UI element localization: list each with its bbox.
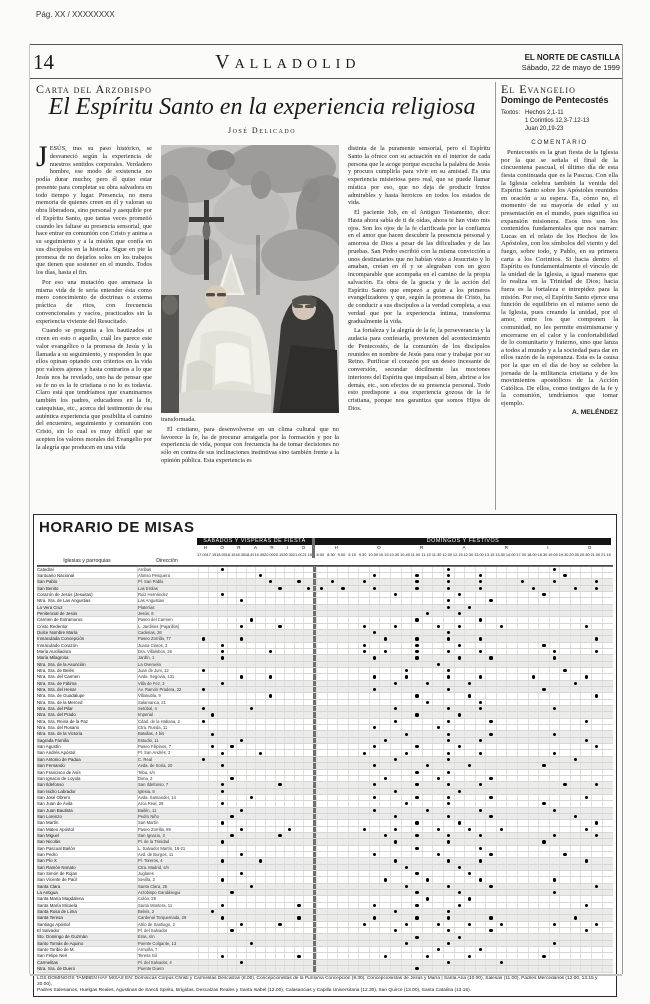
mass-cell	[294, 934, 304, 939]
mass-cell	[485, 712, 496, 717]
mass-cell	[454, 712, 465, 717]
mass-dot	[447, 606, 450, 609]
mass-cell	[284, 877, 294, 882]
mass-cell	[422, 586, 433, 591]
mass-cell	[411, 630, 422, 635]
sat-cells	[198, 789, 313, 794]
mass-cell	[591, 624, 602, 629]
article-paragraph: Por eso una mutación que amenaza la mism…	[36, 279, 152, 326]
mass-cell	[236, 808, 246, 813]
mass-dot	[405, 923, 408, 926]
mass-dot	[574, 815, 577, 818]
sat-cells	[198, 611, 313, 616]
mass-cell	[401, 681, 412, 686]
mass-cell	[217, 808, 227, 813]
mass-cell	[337, 681, 348, 686]
church-name: San Ildefonso	[37, 782, 137, 787]
mass-cell	[208, 636, 218, 641]
mass-cell	[348, 630, 359, 635]
mass-cell	[454, 630, 465, 635]
mass-cell	[506, 947, 517, 952]
mass-cell	[538, 839, 549, 844]
mass-cell	[227, 719, 237, 724]
mass-cell	[369, 909, 380, 914]
mass-cell	[379, 655, 390, 660]
mass-cell	[580, 649, 591, 654]
sun-cells	[316, 966, 612, 971]
time-column-label: 18.45	[245, 551, 255, 558]
mass-cell	[401, 567, 412, 572]
mass-cell	[432, 598, 443, 603]
mass-cell	[549, 674, 560, 679]
mass-dot	[415, 771, 418, 774]
mass-cell	[316, 871, 327, 876]
mass-cell	[517, 871, 528, 876]
mass-dot	[384, 834, 387, 837]
mass-dot	[479, 948, 482, 951]
mass-cell	[432, 586, 443, 591]
mass-cell	[591, 617, 602, 622]
mass-cell	[443, 662, 454, 667]
mass-cell	[591, 681, 602, 686]
mass-cell	[337, 814, 348, 819]
mass-cell	[454, 871, 465, 876]
mass-cell	[198, 808, 208, 813]
mass-cell	[422, 573, 433, 578]
mass-cell	[496, 624, 507, 629]
mass-cell	[369, 852, 380, 857]
mass-cell	[255, 592, 265, 597]
mass-cell	[559, 636, 570, 641]
mass-cell	[217, 801, 227, 806]
mass-cell	[602, 782, 613, 787]
mass-dot	[595, 694, 598, 697]
mass-cell	[208, 953, 218, 958]
mass-cell	[217, 782, 227, 787]
mass-cell	[284, 719, 294, 724]
mass-cell	[591, 649, 602, 654]
mass-cell	[303, 871, 313, 876]
mass-cell	[327, 814, 338, 819]
mass-cell	[485, 839, 496, 844]
mass-cell	[538, 687, 549, 692]
mass-cell	[337, 662, 348, 667]
mass-cell	[580, 573, 591, 578]
mass-dot	[542, 593, 545, 596]
mass-cell	[358, 782, 369, 787]
mass-cell	[337, 712, 348, 717]
mass-cell	[327, 808, 338, 813]
mass-dot	[363, 752, 366, 755]
mass-cell	[549, 909, 560, 914]
mass-cell	[432, 852, 443, 857]
mass-cell	[198, 586, 208, 591]
mass-cell	[316, 782, 327, 787]
mass-cell	[337, 598, 348, 603]
mass-cell	[401, 598, 412, 603]
mass-dot	[221, 821, 224, 824]
mass-cell	[390, 890, 401, 895]
mass-cell	[528, 636, 539, 641]
mass-cell	[538, 719, 549, 724]
mass-cell	[255, 966, 265, 971]
mass-cell	[316, 630, 327, 635]
mass-cell	[275, 693, 285, 698]
mass-cell	[227, 801, 237, 806]
mass-cell	[227, 896, 237, 901]
mass-dot	[394, 859, 397, 862]
mass-cell	[475, 757, 486, 762]
mass-cell	[549, 725, 560, 730]
mass-cell	[348, 763, 359, 768]
mass-cell	[198, 877, 208, 882]
mass-cell	[255, 750, 265, 755]
mass-cell	[432, 909, 443, 914]
mass-dot	[230, 834, 233, 837]
sat-cells	[198, 858, 313, 863]
mass-cell	[411, 776, 422, 781]
mass-cell	[316, 687, 327, 692]
mass-cell	[517, 846, 528, 851]
mass-cell	[327, 624, 338, 629]
sun-cells	[316, 795, 612, 800]
mass-cell	[316, 636, 327, 641]
mass-cell	[559, 928, 570, 933]
mass-cell	[358, 776, 369, 781]
sat-cells	[198, 808, 313, 813]
mass-cell	[208, 966, 218, 971]
mass-cell	[275, 852, 285, 857]
mass-cell	[443, 808, 454, 813]
mass-cell	[255, 731, 265, 736]
mass-cell	[591, 706, 602, 711]
mass-cell	[496, 966, 507, 971]
mass-dot	[202, 669, 205, 672]
mass-cell	[506, 858, 517, 863]
mass-cell	[591, 839, 602, 844]
mass-cell	[591, 960, 602, 965]
mass-cell	[570, 725, 581, 730]
church-address: Santa Clara, 26	[137, 884, 198, 889]
mass-cell	[401, 592, 412, 597]
time-column-label: 20.00	[569, 551, 580, 558]
mass-cell	[265, 567, 275, 572]
mass-cell	[348, 846, 359, 851]
mass-cell	[464, 871, 475, 876]
sat-cells	[198, 852, 313, 857]
time-column-label: 13.15	[484, 551, 495, 558]
mass-cell	[528, 884, 539, 889]
mass-cell	[411, 852, 422, 857]
sun-cells	[316, 928, 612, 933]
mass-dot	[553, 809, 556, 812]
mass-cell	[454, 877, 465, 882]
mass-cell	[316, 801, 327, 806]
mass-cell	[559, 915, 570, 920]
mass-dot	[553, 834, 556, 837]
mass-cell	[379, 636, 390, 641]
sun-cells	[316, 636, 612, 641]
mass-cell	[549, 890, 560, 895]
mass-cell	[570, 795, 581, 800]
mass-cell	[379, 960, 390, 965]
mass-dot	[447, 783, 450, 786]
mass-dot	[394, 910, 397, 913]
mass-cell	[475, 928, 486, 933]
mass-dot	[595, 745, 598, 748]
mass-cell	[379, 909, 390, 914]
mass-cell	[559, 789, 570, 794]
mass-cell	[265, 738, 275, 743]
mass-cell	[602, 605, 613, 610]
mass-cell	[217, 896, 227, 901]
mass-cell	[358, 871, 369, 876]
mass-cell	[208, 706, 218, 711]
mass-cell	[316, 719, 327, 724]
sat-cells	[198, 896, 313, 901]
mass-cell	[327, 827, 338, 832]
mass-cell	[602, 814, 613, 819]
mass-cell	[432, 915, 443, 920]
mass-cell	[422, 731, 433, 736]
mass-cell	[528, 966, 539, 971]
mass-cell	[559, 782, 570, 787]
mass-cell	[284, 674, 294, 679]
church-address: Alonso Pesquera	[137, 573, 198, 578]
mass-dot	[297, 580, 300, 583]
mass-cell	[401, 725, 412, 730]
mass-cell	[570, 903, 581, 908]
mass-cell	[528, 909, 539, 914]
mass-cell	[390, 770, 401, 775]
mass-cell	[390, 934, 401, 939]
mass-cell	[411, 611, 422, 616]
mass-cell	[369, 624, 380, 629]
mass-cell	[227, 706, 237, 711]
mass-cell	[284, 579, 294, 584]
mass-cell	[246, 960, 256, 965]
mass-cell	[570, 839, 581, 844]
mass-cell	[379, 770, 390, 775]
mass-cell	[496, 865, 507, 870]
mass-cell	[422, 877, 433, 882]
mass-cell	[443, 655, 454, 660]
sun-cells	[316, 782, 612, 787]
time-column-label: 11.00	[410, 551, 421, 558]
mass-cell	[517, 808, 528, 813]
mass-cell	[275, 617, 285, 622]
mass-cell	[570, 953, 581, 958]
mass-dot	[447, 942, 450, 945]
sun-cells	[316, 890, 612, 895]
mass-cell	[570, 820, 581, 825]
mass-cell	[506, 966, 517, 971]
mass-cell	[327, 909, 338, 914]
mass-cell	[303, 630, 313, 635]
mass-cell	[369, 871, 380, 876]
mass-cell	[538, 903, 549, 908]
mass-cell	[358, 846, 369, 851]
mass-cell	[475, 782, 486, 787]
mass-cell	[265, 839, 275, 844]
mass-cell	[284, 750, 294, 755]
mass-dot	[479, 878, 482, 881]
mass-dot	[479, 847, 482, 850]
mass-cell	[379, 567, 390, 572]
mass-cell	[294, 915, 304, 920]
church-address: San Martín	[137, 820, 198, 825]
mass-cell	[485, 858, 496, 863]
mass-cell	[422, 763, 433, 768]
mass-cell	[284, 567, 294, 572]
mass-cell	[358, 586, 369, 591]
mass-cell	[464, 852, 475, 857]
mass-cell	[559, 852, 570, 857]
mass-dot	[542, 802, 545, 805]
mass-cell	[559, 617, 570, 622]
mass-cell	[236, 941, 246, 946]
mass-cell	[570, 922, 581, 927]
mass-cell	[591, 579, 602, 584]
mass-dot	[458, 644, 461, 647]
mass-cell	[265, 966, 275, 971]
mass-cell	[570, 884, 581, 889]
mass-cell	[517, 896, 528, 901]
sunday-times: 8.008.309.009.159.3010.0010.1510.3010.45…	[315, 551, 611, 558]
sun-cells	[316, 934, 612, 939]
mass-dot	[211, 745, 214, 748]
mass-cell	[348, 567, 359, 572]
mass-cell	[549, 750, 560, 755]
mass-cell	[401, 611, 412, 616]
mass-cell	[369, 592, 380, 597]
mass-dot	[320, 587, 323, 590]
church-name: Sto. Domingo de Guzmán	[37, 934, 137, 939]
mass-cell	[316, 941, 327, 946]
mass-cell	[464, 827, 475, 832]
mass-cell	[528, 573, 539, 578]
church-address: Armuña, 7	[137, 947, 198, 952]
mass-cell	[506, 903, 517, 908]
mass-cell	[591, 928, 602, 933]
mass-cell	[208, 725, 218, 730]
mass-cell	[549, 903, 560, 908]
mass-cell	[337, 852, 348, 857]
mass-cell	[464, 763, 475, 768]
mass-cell	[591, 903, 602, 908]
mass-dot	[585, 625, 588, 628]
mass-cell	[485, 643, 496, 648]
mass-cell	[236, 890, 246, 895]
mass-cell	[303, 750, 313, 755]
mass-cell	[255, 852, 265, 857]
mass-cell	[327, 915, 338, 920]
mass-cell	[303, 966, 313, 971]
mass-cell	[485, 808, 496, 813]
mass-cell	[443, 801, 454, 806]
church-name: San Benito	[37, 586, 137, 591]
mass-cell	[454, 865, 465, 870]
mass-cell	[217, 947, 227, 952]
mass-cell	[275, 725, 285, 730]
mass-cell	[506, 738, 517, 743]
mass-cell	[580, 801, 591, 806]
mass-cell	[348, 579, 359, 584]
mass-dot	[542, 688, 545, 691]
mass-dot	[405, 802, 408, 805]
mass-dot	[447, 752, 450, 755]
mass-cell	[348, 624, 359, 629]
mass-cell	[255, 655, 265, 660]
mass-cell	[358, 808, 369, 813]
mass-cell	[390, 903, 401, 908]
mass-cell	[517, 757, 528, 762]
mass-cell	[358, 884, 369, 889]
mass-cell	[517, 712, 528, 717]
mass-cell	[411, 928, 422, 933]
church-address: Teresa Gil	[137, 953, 198, 958]
sun-cells	[316, 681, 612, 686]
sat-cells	[198, 636, 313, 641]
mass-cell	[496, 617, 507, 622]
mass-cell	[198, 827, 208, 832]
mass-cell	[390, 750, 401, 755]
mass-cell	[559, 820, 570, 825]
mass-cell	[549, 922, 560, 927]
mass-cell	[275, 877, 285, 882]
mass-cell	[559, 674, 570, 679]
mass-cell	[217, 662, 227, 667]
mass-cell	[443, 890, 454, 895]
mass-cell	[432, 719, 443, 724]
mass-cell	[358, 662, 369, 667]
mass-cell	[208, 858, 218, 863]
mass-cell	[390, 598, 401, 603]
mass-cell	[348, 611, 359, 616]
mass-cell	[294, 770, 304, 775]
mass-cell	[369, 903, 380, 908]
mass-cell	[316, 674, 327, 679]
mass-cell	[217, 617, 227, 622]
mass-cell	[303, 674, 313, 679]
mass-cell	[528, 655, 539, 660]
mass-cell	[496, 858, 507, 863]
mass-cell	[549, 693, 560, 698]
mass-cell	[549, 731, 560, 736]
time-column-label: 10.00	[368, 551, 379, 558]
church-name: Santuario Nacional	[37, 573, 137, 578]
mass-cell	[432, 681, 443, 686]
sat-cells	[198, 966, 313, 971]
mass-cell	[246, 801, 256, 806]
mass-dot	[595, 821, 598, 824]
mass-cell	[528, 567, 539, 572]
mass-cell	[411, 934, 422, 939]
mass-cell	[227, 884, 237, 889]
mass-cell	[411, 795, 422, 800]
mass-cell	[217, 877, 227, 882]
mass-cell	[475, 947, 486, 952]
mass-cell	[485, 719, 496, 724]
mass-cell	[369, 928, 380, 933]
mass-cell	[327, 865, 338, 870]
mass-cell	[246, 605, 256, 610]
mass-cell	[580, 776, 591, 781]
mass-cell	[443, 903, 454, 908]
mass-dot	[426, 682, 429, 685]
mass-cell	[432, 579, 443, 584]
mass-cell	[265, 655, 275, 660]
